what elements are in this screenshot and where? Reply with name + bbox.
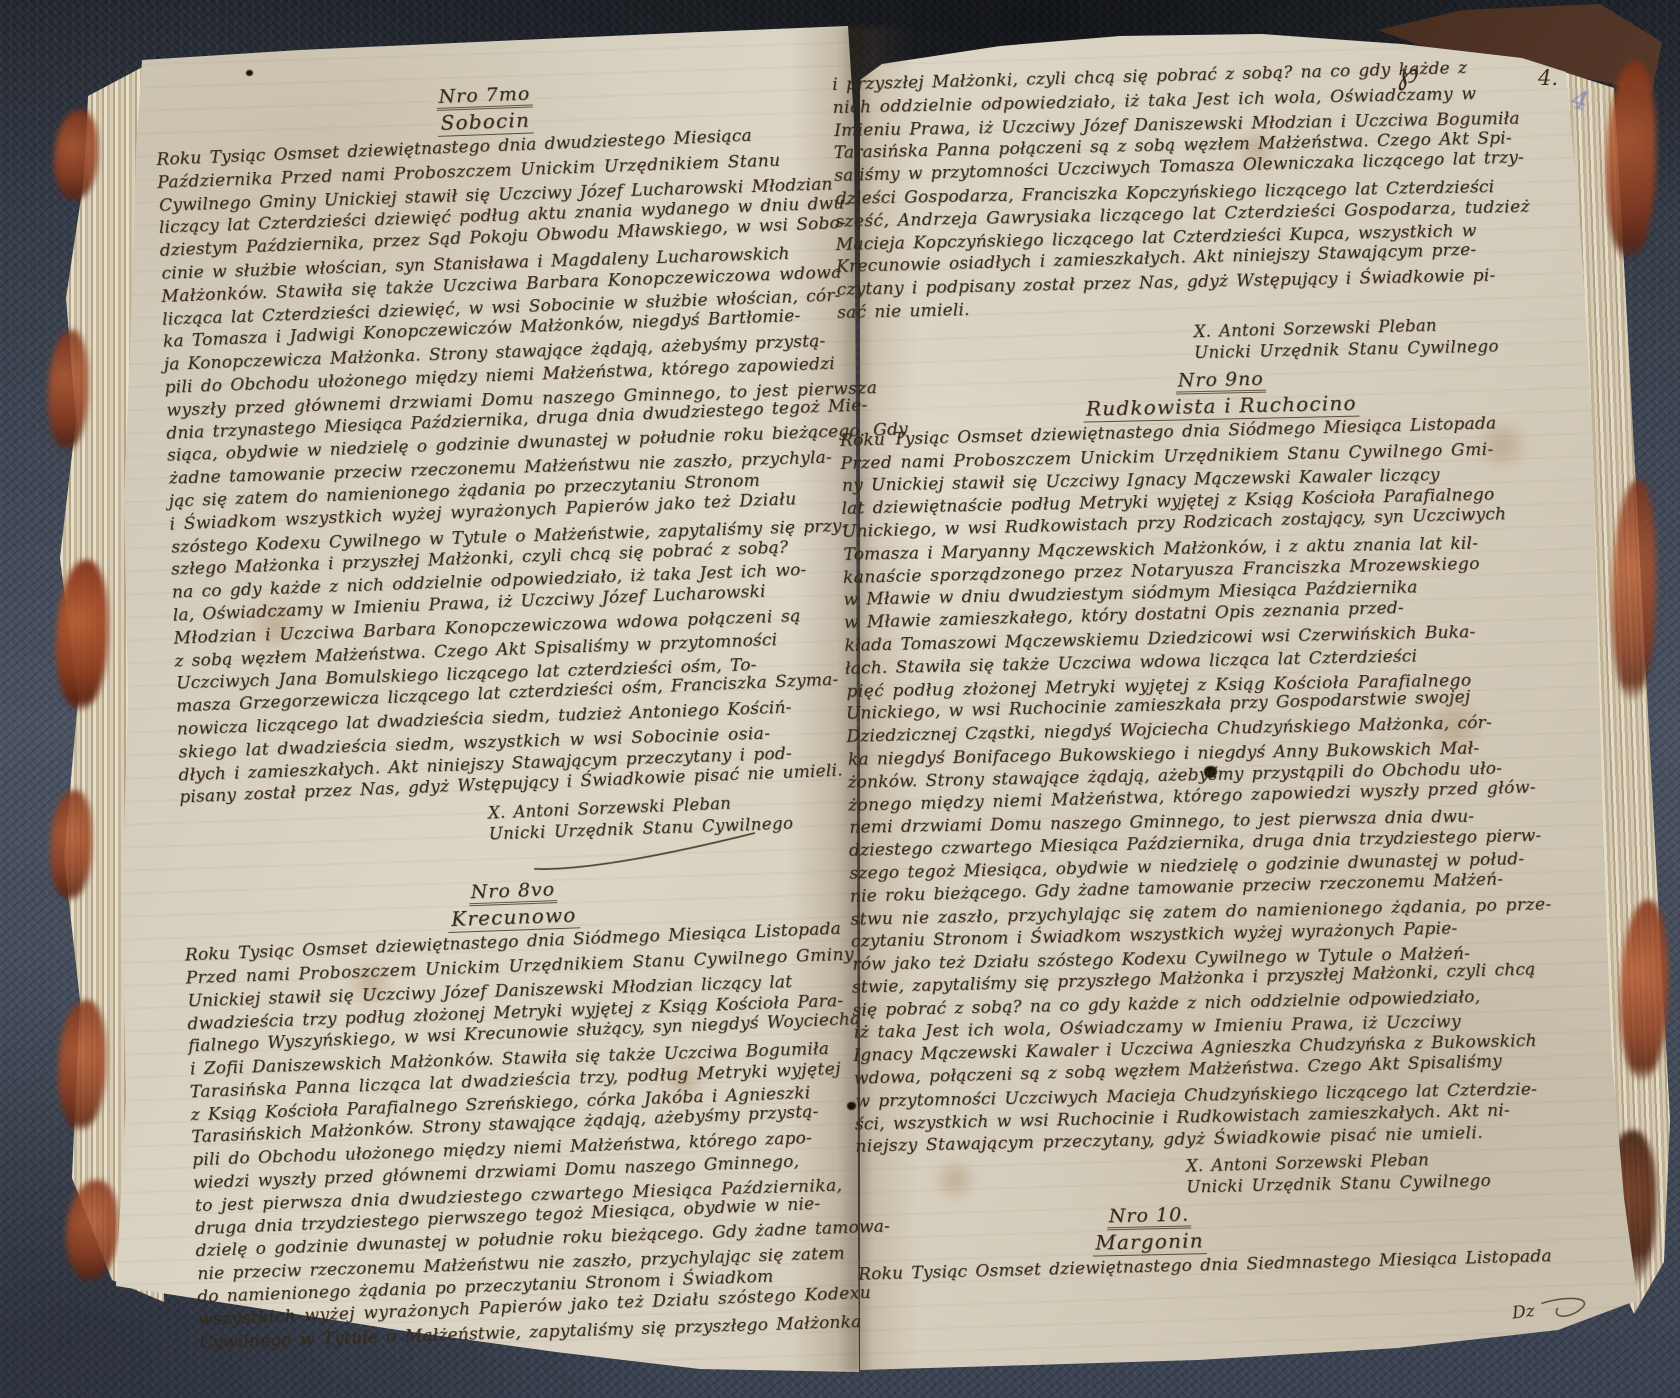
signature-lines: X. Antoni Sorzewski PlebanUnicki Urzędni… bbox=[488, 790, 841, 845]
signature-lines: X. Antoni Sorzewski PlebanUnicki Urzędni… bbox=[1193, 312, 1602, 363]
entry-8-body: Roku Tysiąc Osmset dziewiętnastego dnia … bbox=[185, 921, 859, 1355]
left-page-text-column: Nro 7mo Sobocin Roku Tysiąc Osmset dziew… bbox=[154, 66, 859, 1354]
entry-9-signature: X. Antoni Sorzewski PlebanUnicki Urzędni… bbox=[1186, 1146, 1621, 1197]
right-page-text-column: i przyszłej Małżonki, czyli chcą się pob… bbox=[832, 57, 1622, 1286]
entry-7-signature: X. Antoni Sorzewski PlebanUnicki Urzędni… bbox=[488, 790, 842, 875]
entry-8-continuation: i przyszłej Małżonki, czyli chcą się pob… bbox=[832, 57, 1601, 324]
entry-8-signature: X. Antoni Sorzewski PlebanUnicki Urzędni… bbox=[1193, 312, 1602, 363]
signature-lines: X. Antoni Sorzewski PlebanUnicki Urzędni… bbox=[1186, 1146, 1621, 1197]
entry-9-body: Roku Tysiąc Osmset dziewiętnastego dnia … bbox=[840, 413, 1620, 1159]
manuscript-photo: ℘ 4. 4 Nro 7mo Sobocin Roku Tysiąc Osmse… bbox=[0, 0, 1680, 1398]
entry-7-body: Roku Tysiąc Osmset dziewiętnastego dnia … bbox=[156, 125, 839, 809]
